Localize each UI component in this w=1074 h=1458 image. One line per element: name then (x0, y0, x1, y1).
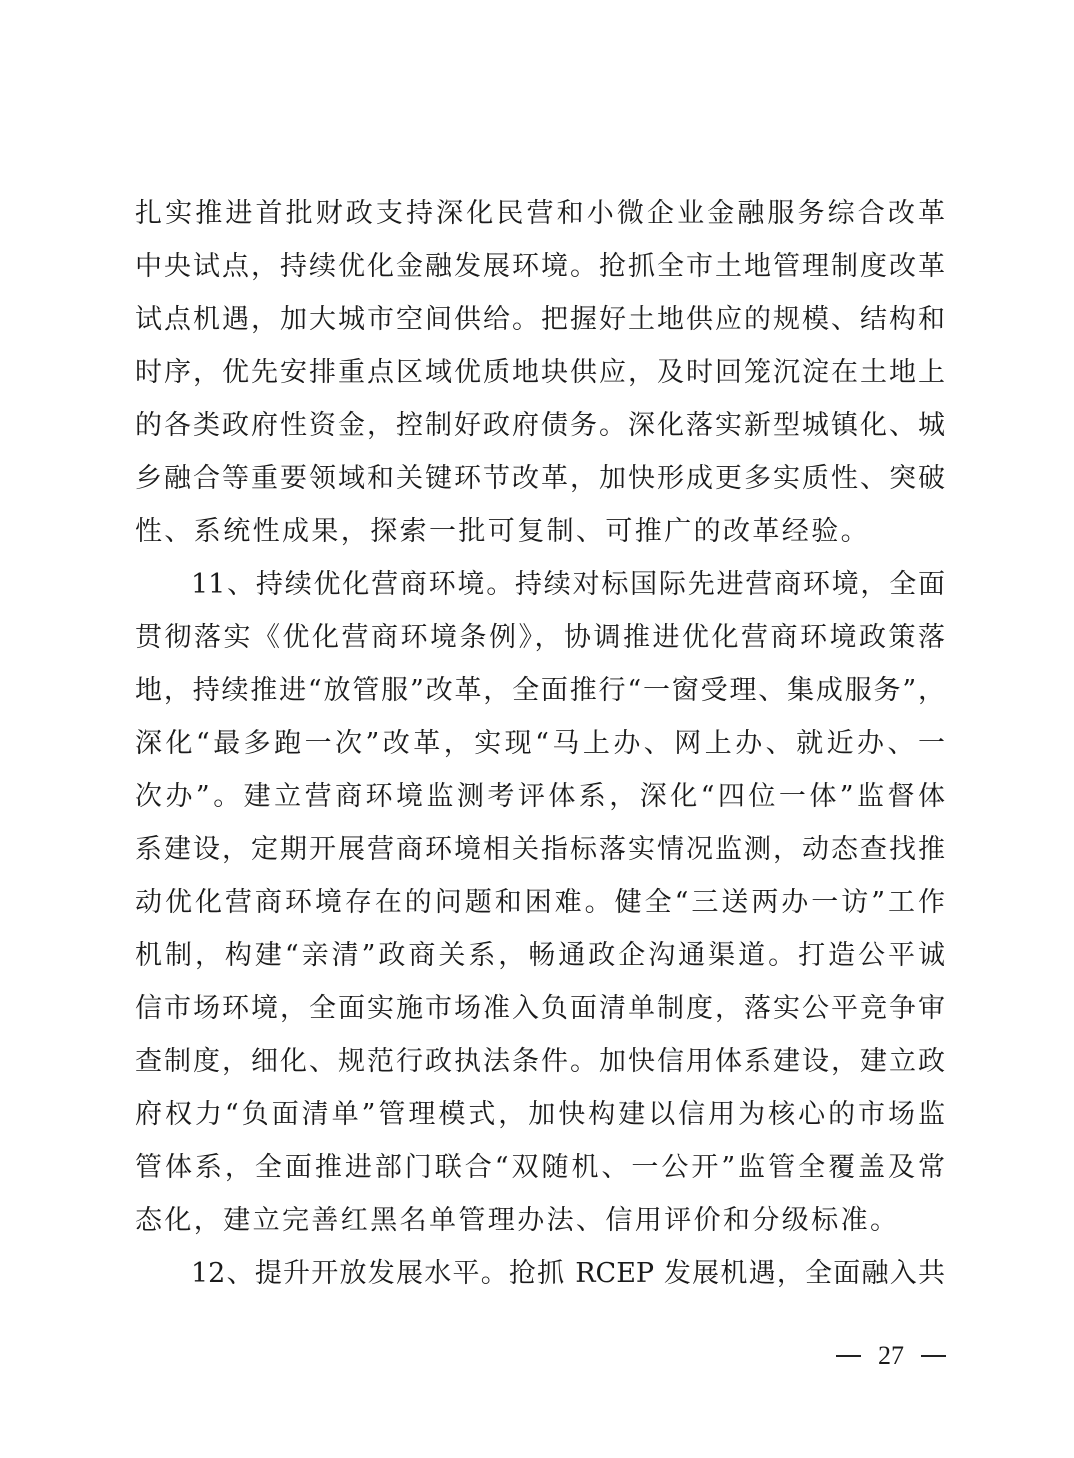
text-line: 府权力“负面清单”管理模式，加快构建以信用为核心的市场监 (135, 1088, 945, 1141)
page-number: 27 (836, 1338, 946, 1374)
text-line: 深化“最多跑一次”改革，实现“马上办、网上办、就近办、一 (135, 717, 945, 770)
text-line: 信市场环境，全面实施市场准入负面清单制度，落实公平竞争审 (135, 982, 945, 1035)
text-line: 性、系统性成果，探索一批可复制、可推广的改革经验。 (135, 505, 945, 558)
section-heading-line: 12、提升开放发展水平。抢抓 RCEP 发展机遇，全面融入共 (135, 1247, 945, 1300)
text-line: 时序，优先安排重点区域优质地块供应，及时回笼沉淀在土地上 (135, 346, 945, 399)
text-line: 系建设，定期开展营商环境相关指标落实情况监测，动态查找推 (135, 823, 945, 876)
text-line: 贯彻落实《优化营商环境条例》，协调推进优化营商环境政策落 (135, 611, 945, 664)
document-page: 扎实推进首批财政支持深化民营和小微企业金融服务综合改革 中央试点，持续优化金融发… (0, 0, 1074, 1458)
section-heading-line: 11、持续优化营商环境。持续对标国际先进营商环境，全面 (135, 558, 945, 611)
text-line: 扎实推进首批财政支持深化民营和小微企业金融服务综合改革 (135, 187, 945, 240)
text-line: 地，持续推进“放管服”改革，全面推行“一窗受理、集成服务”， (135, 664, 945, 717)
text-line: 中央试点，持续优化金融发展环境。抢抓全市土地管理制度改革 (135, 240, 945, 293)
text-line: 动优化营商环境存在的问题和困难。健全“三送两办一访”工作 (135, 876, 945, 929)
text-line: 的各类政府性资金，控制好政府债务。深化落实新型城镇化、城 (135, 399, 945, 452)
text-line: 机制，构建“亲清”政商关系，畅通政企沟通渠道。打造公平诚 (135, 929, 945, 982)
text-line: 态化，建立完善红黑名单管理办法、信用评价和分级标准。 (135, 1194, 945, 1247)
text-line: 管体系，全面推进部门联合“双随机、一公开”监管全覆盖及常 (135, 1141, 945, 1194)
text-line: 乡融合等重要领域和关键环节改革，加快形成更多实质性、突破 (135, 452, 945, 505)
page-number-value: 27 (878, 1341, 904, 1371)
body-text: 扎实推进首批财政支持深化民营和小微企业金融服务综合改革 中央试点，持续优化金融发… (135, 187, 945, 1300)
dash-right-icon (921, 1355, 946, 1357)
text-line: 次办”。建立营商环境监测考评体系，深化“四位一体”监督体 (135, 770, 945, 823)
text-line: 试点机遇，加大城市空间供给。把握好土地供应的规模、结构和 (135, 293, 945, 346)
text-line: 查制度，细化、规范行政执法条件。加快信用体系建设，建立政 (135, 1035, 945, 1088)
dash-left-icon (836, 1355, 861, 1357)
